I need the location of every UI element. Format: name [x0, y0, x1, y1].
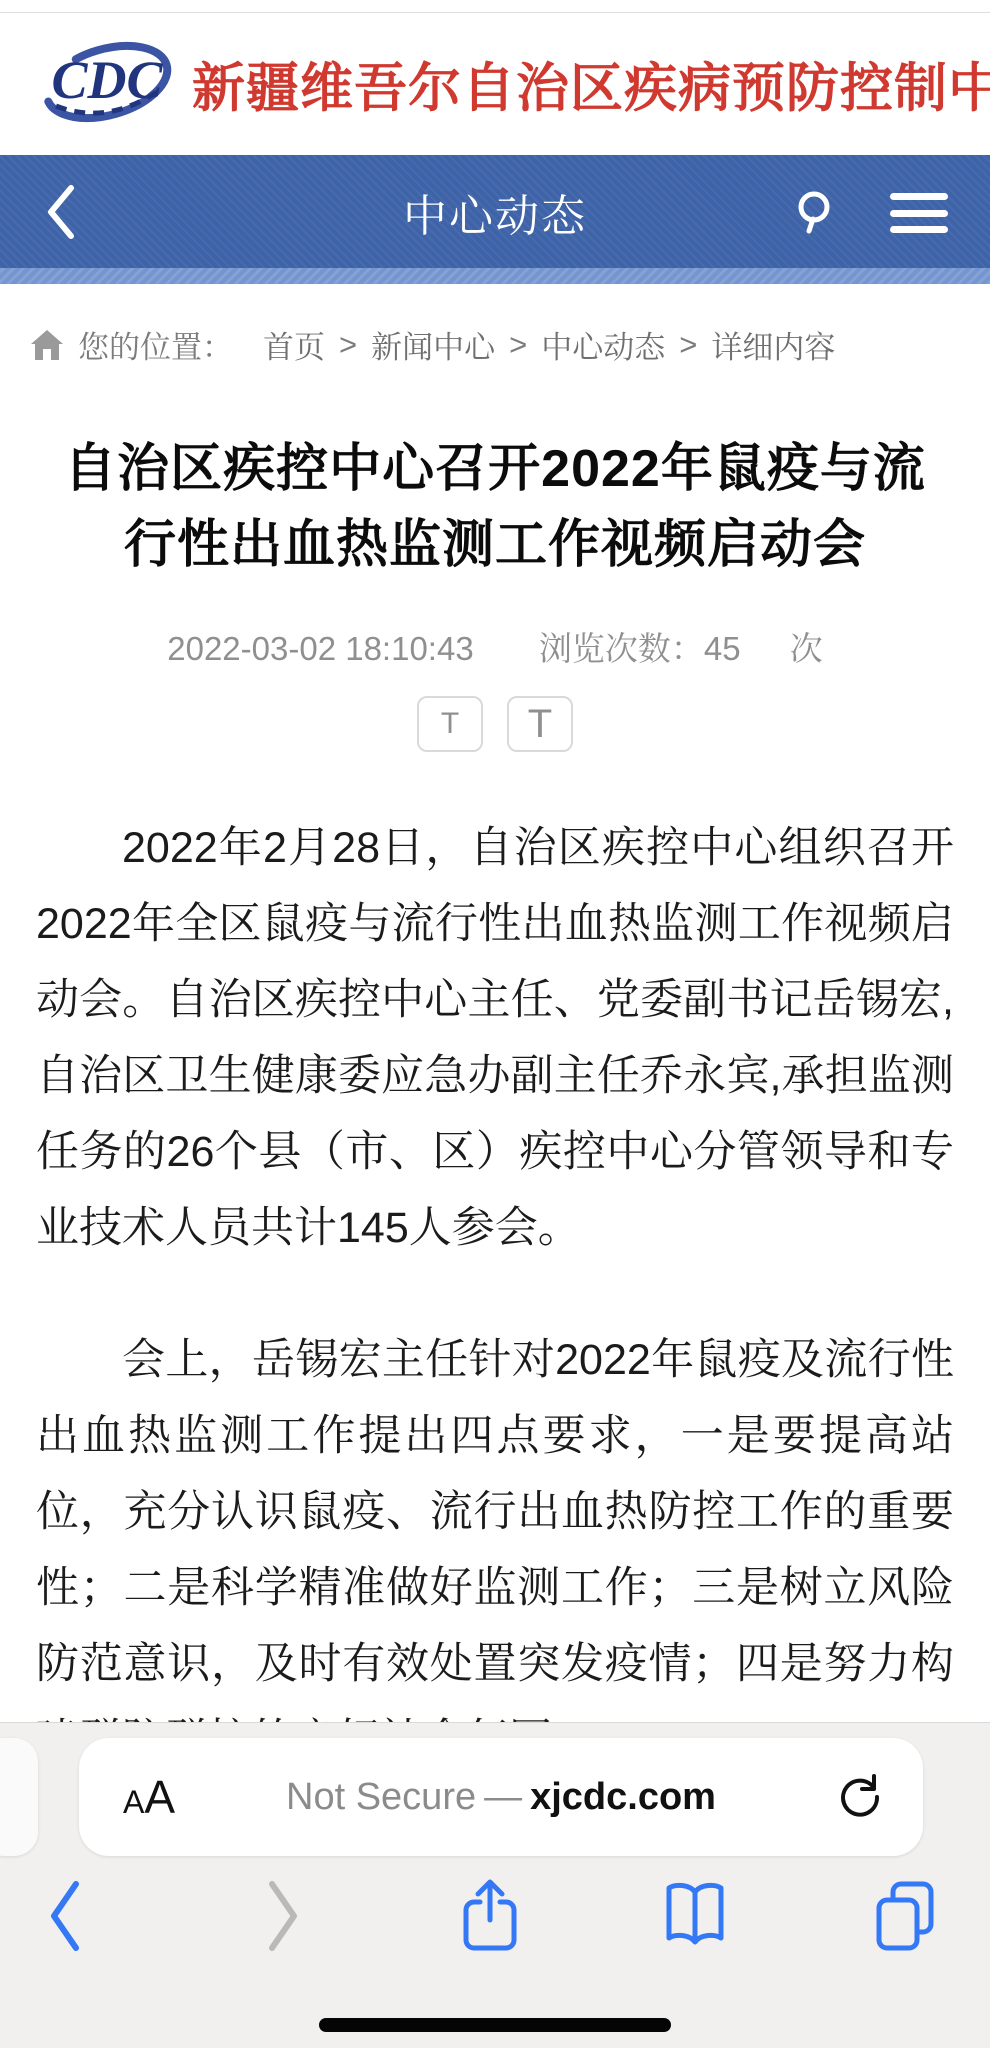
- article-title: 自治区疾控中心召开2022年鼠疫与流行性出血热监测工作视频启动会: [55, 431, 935, 583]
- hamburger-menu-icon[interactable]: [890, 193, 948, 233]
- search-icon[interactable]: [792, 187, 842, 237]
- back-chevron-icon[interactable]: [44, 183, 78, 241]
- page-content: CDC 新疆维吾尔自治区疾病预防控制中心 中心动态 您的位置： 首页 > 新闻中…: [0, 13, 990, 1722]
- breadcrumb-item-news[interactable]: 新闻中心: [371, 322, 495, 367]
- url-dash: —: [484, 1776, 522, 1818]
- navbar: 中心动态: [0, 155, 990, 268]
- breadcrumb: 您的位置： 首页 > 新闻中心 > 中心动态 > 详细内容: [0, 284, 990, 367]
- svg-text:CDC: CDC: [51, 50, 163, 110]
- article-meta: 2022-03-02 18:10:43 浏览次数：45 次: [0, 623, 990, 670]
- font-smaller-button[interactable]: T: [417, 696, 483, 752]
- article-date: 2022-03-02 18:10:43: [167, 630, 473, 667]
- url-domain: xjcdc.com: [530, 1776, 716, 1818]
- article-body: 2022年2月28日，自治区疾控中心组织召开2022年全区鼠疫与流行性出血热监测…: [0, 810, 990, 1722]
- views-count: 45: [704, 630, 741, 667]
- reader-a-small: A: [123, 1784, 144, 1821]
- browser-chrome: AA Not Secure—xjcdc.com: [0, 1722, 990, 2048]
- breadcrumb-item-center-news[interactable]: 中心动态: [541, 322, 665, 367]
- security-label: Not Secure: [286, 1776, 476, 1818]
- font-larger-button[interactable]: T: [507, 696, 573, 752]
- browser-back-icon[interactable]: [28, 1876, 104, 1956]
- reader-a-large: A: [144, 1770, 175, 1824]
- breadcrumb-separator: >: [509, 327, 527, 363]
- bookmarks-icon[interactable]: [657, 1876, 733, 1956]
- nav-substrip: [0, 268, 990, 284]
- site-title: 新疆维吾尔自治区疾病预防控制中心: [192, 46, 990, 122]
- breadcrumb-item-detail: 详细内容: [711, 322, 835, 367]
- reader-text-size-button[interactable]: AA: [123, 1770, 175, 1824]
- browser-forward-icon[interactable]: [244, 1876, 320, 1956]
- breadcrumb-separator: >: [679, 327, 697, 363]
- site-header: CDC 新疆维吾尔自治区疾病预防控制中心: [0, 13, 990, 155]
- home-icon: [30, 329, 64, 361]
- views-label: 浏览次数：: [539, 630, 704, 667]
- address-bar[interactable]: AA Not Secure—xjcdc.com: [79, 1738, 923, 1856]
- adjacent-tab-edge[interactable]: [0, 1738, 38, 1856]
- breadcrumb-label: 您的位置：: [78, 322, 233, 367]
- share-icon[interactable]: [452, 1876, 528, 1956]
- breadcrumb-separator: >: [339, 327, 357, 363]
- article-paragraph: 会上，岳锡宏主任针对2022年鼠疫及流行性出血热监测工作提出四点要求，一是要提高…: [36, 1322, 954, 1722]
- views-unit: 次: [790, 630, 823, 667]
- article-paragraph: 2022年2月28日，自治区疾控中心组织召开2022年全区鼠疫与流行性出血热监测…: [36, 810, 954, 1266]
- url-text: Not Secure—xjcdc.com: [79, 1776, 923, 1819]
- breadcrumb-item-home[interactable]: 首页: [263, 322, 325, 367]
- tabs-icon[interactable]: [867, 1876, 943, 1956]
- font-size-controls: T T: [0, 696, 990, 752]
- cdc-logo-icon: CDC: [36, 32, 178, 136]
- reload-icon[interactable]: [833, 1770, 887, 1824]
- home-indicator: [319, 2018, 671, 2032]
